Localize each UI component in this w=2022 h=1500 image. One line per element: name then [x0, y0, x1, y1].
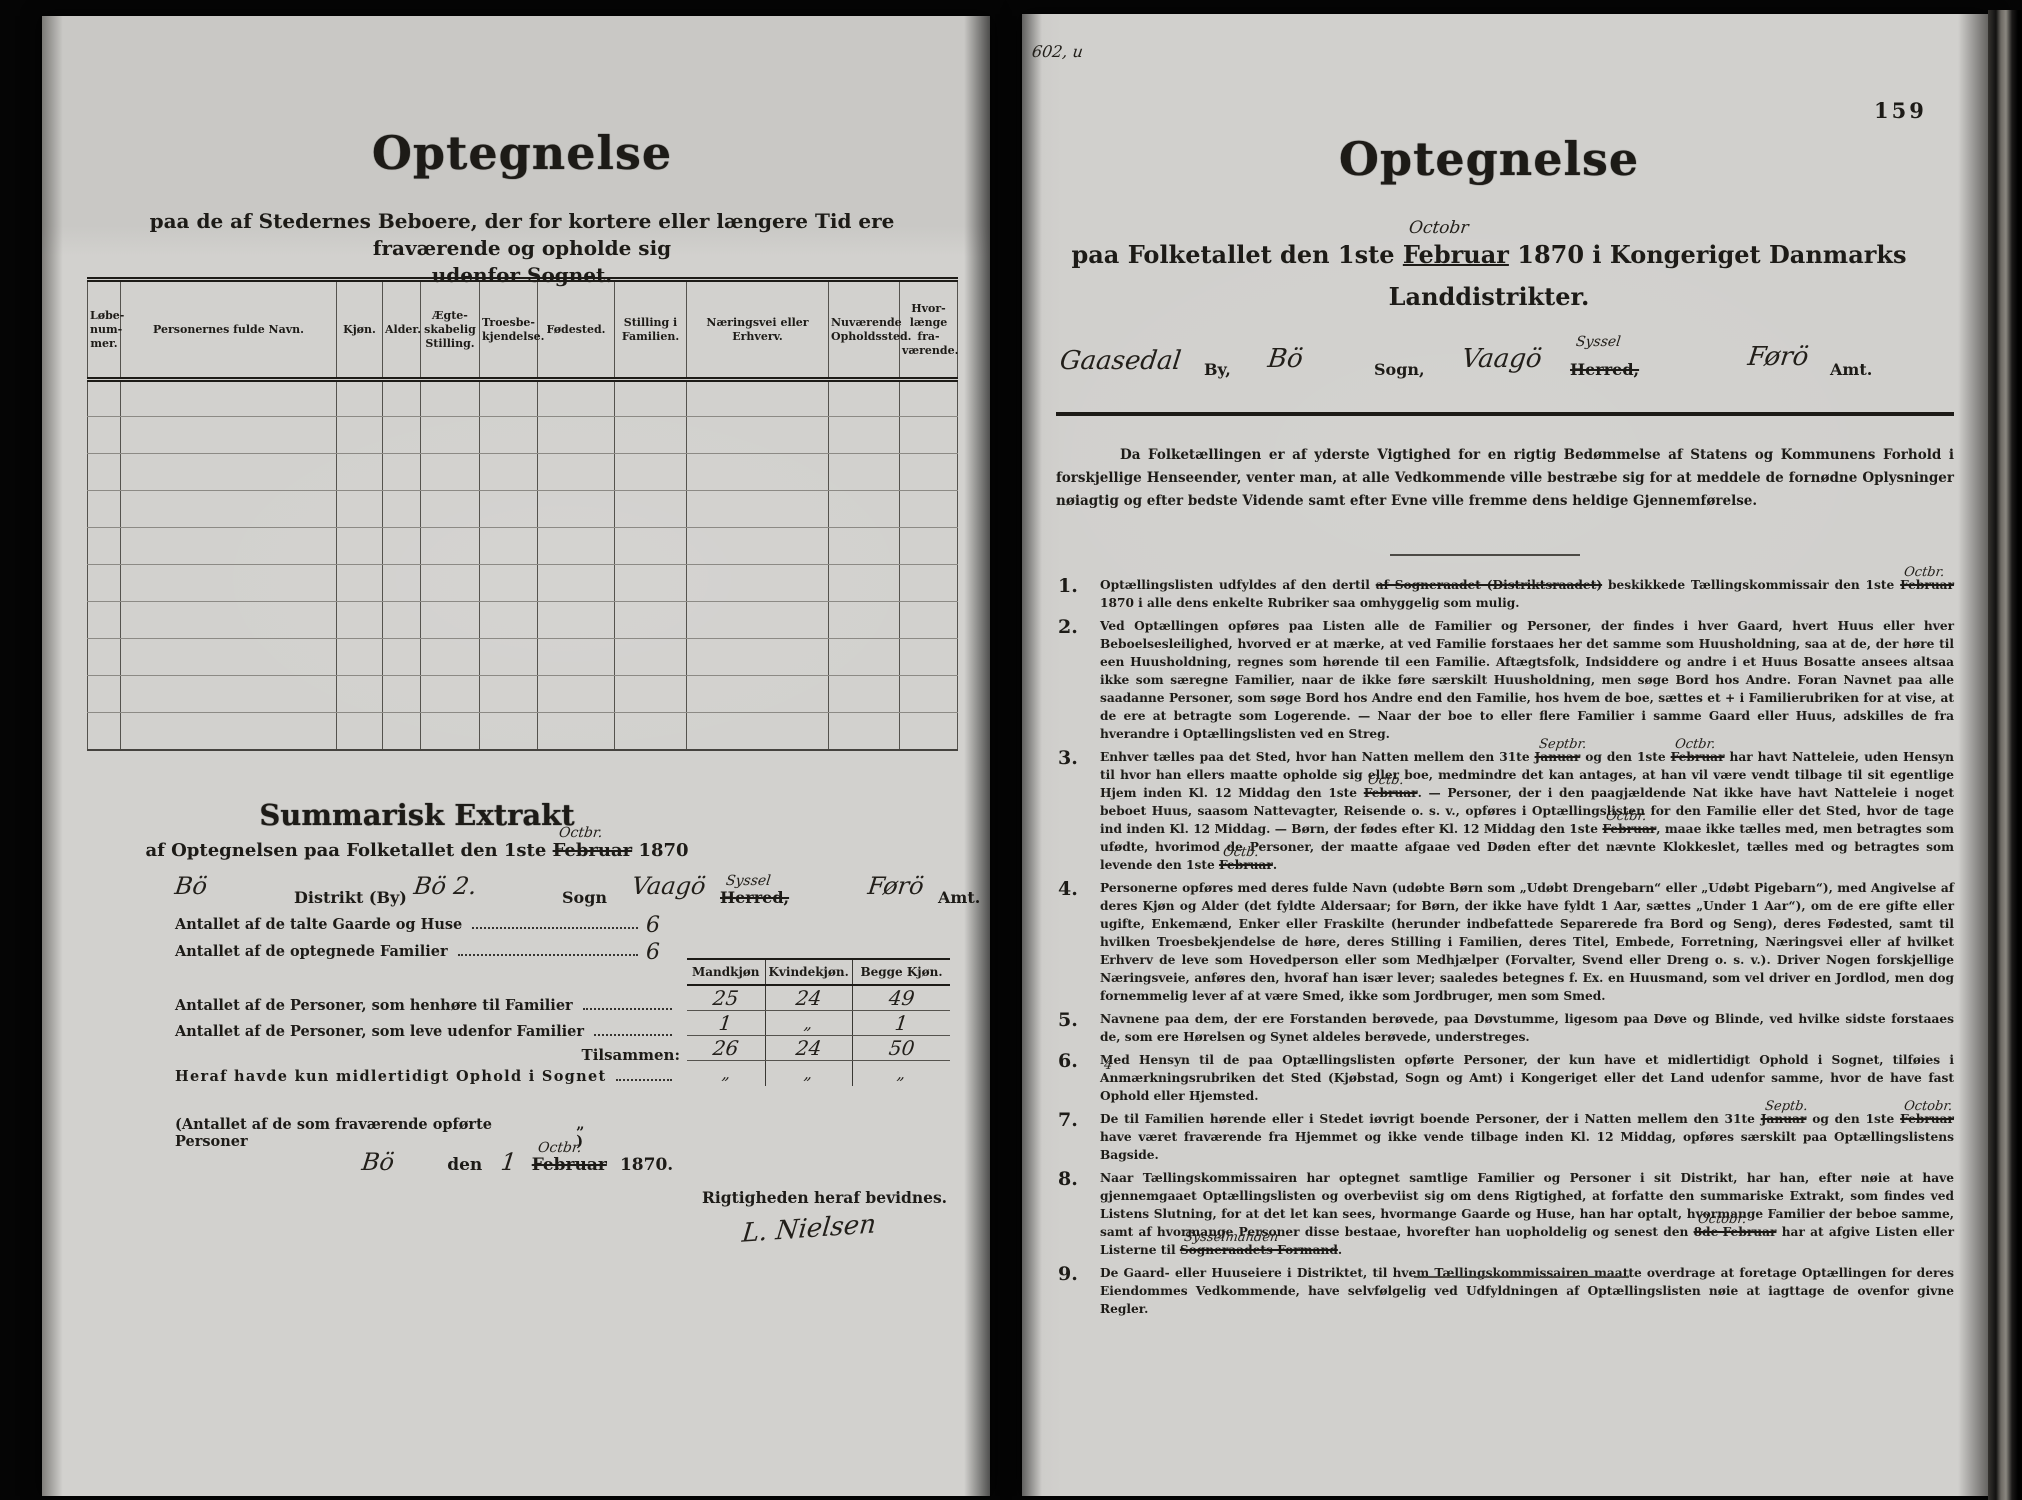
date-year: 1870.: [620, 1155, 673, 1175]
familier-value: 6: [646, 940, 660, 965]
empty-cell: [121, 417, 337, 454]
handwritten-correction: Octbr.: [1903, 564, 1946, 582]
empty-cell: [121, 528, 337, 565]
handwritten-sogn: Vaagö: [630, 872, 707, 900]
herred-correction: Herred,Syssel: [720, 888, 789, 907]
empty-cell: [421, 528, 480, 565]
empty-cell: [615, 417, 687, 454]
empty-cell: [337, 528, 383, 565]
empty-cell: [829, 713, 900, 750]
column-header: Stilling i Familien.: [615, 280, 687, 380]
corrected-text: Anmærkningsrubriken4: [1100, 1069, 1256, 1087]
empty-cell: [121, 454, 337, 491]
instruction-item: 3.Enhver tælles paa det Sted, hvor han N…: [1056, 748, 1954, 874]
mini-row-udenfor: 1 „ 1: [687, 1011, 950, 1036]
absence-table: Løbe-num-mer.Personernes fulde Navn.Kjøn…: [87, 277, 958, 751]
empty-cell: [337, 676, 383, 713]
empty-cell: [88, 454, 121, 491]
section-divider: [1390, 554, 1580, 556]
empty-cell: [615, 602, 687, 639]
empty-cell: [538, 528, 615, 565]
extract-sub-prefix: af Optegnelsen paa Folketallet den 1ste: [145, 840, 546, 861]
empty-cell: [383, 602, 421, 639]
empty-cell: [615, 565, 687, 602]
column-header: Fødested.: [538, 280, 615, 380]
empty-cell: [687, 417, 829, 454]
printed-text: Anmærkningsrubriken: [1100, 1071, 1256, 1085]
empty-cell: [538, 417, 615, 454]
handwritten-sogn: Bö: [1266, 344, 1304, 374]
empty-cell: [383, 528, 421, 565]
empty-cell: [421, 491, 480, 528]
empty-cell: [88, 639, 121, 676]
dotted-leader: [458, 954, 638, 956]
empty-cell: [480, 454, 538, 491]
instruction-item: 8.Naar Tællingskommissairen har optegnet…: [1056, 1169, 1954, 1259]
gaarde-row: Antallet af de talte Gaarde og Huse 6: [175, 908, 660, 933]
mini-row-henhore: 25 24 49: [687, 985, 950, 1011]
col-mandkjon: Mandkjøn: [687, 959, 765, 985]
value-udenfor-b: 1: [894, 1011, 910, 1035]
printed-text: De Gaard- eller Huuseiere i Distriktet, …: [1100, 1266, 1954, 1316]
handwritten-amt: Førö: [866, 872, 925, 900]
corrected-text: Sogneraadets FormandSysselmanden: [1180, 1241, 1338, 1259]
instructions-list: 1.Optællingslisten udfyldes af den derti…: [1056, 576, 1954, 1323]
amt-label: Amt.: [1830, 360, 1872, 379]
value-udenfor-m: 1: [718, 1011, 734, 1035]
empty-cell: [538, 491, 615, 528]
mini-row-midlertidigt: „ „ „: [687, 1061, 950, 1086]
printed-text: og den 1ste: [1580, 750, 1670, 764]
subtitle-month-correction: FebruarOctobr: [1403, 240, 1509, 269]
attestation-text: Rigtigheden heraf bevidnes.: [702, 1188, 947, 1207]
printed-text: .: [1273, 858, 1277, 872]
handwritten-syssel: Syssel: [1575, 334, 1622, 350]
value-heraf-k: „: [803, 1064, 814, 1083]
empty-cell: [383, 639, 421, 676]
empty-cell: [538, 380, 615, 417]
table-row: [88, 676, 958, 713]
empty-cell: [829, 454, 900, 491]
empty-cell: [829, 602, 900, 639]
value-heraf-m: „: [720, 1064, 731, 1083]
column-header: Ægte-skabelig Stilling.: [421, 280, 480, 380]
empty-cell: [615, 676, 687, 713]
empty-cell: [538, 639, 615, 676]
corrected-text: JanuarSeptbr.: [1535, 748, 1581, 766]
empty-cell: [88, 528, 121, 565]
empty-cell: [337, 380, 383, 417]
handwritten-syssel: Syssel: [725, 873, 772, 889]
value-udenfor-k: „: [803, 1014, 814, 1033]
handwritten-by: Gaasedal: [1058, 346, 1183, 376]
printed-text: Personerne opføres med deres fulde Navn …: [1100, 881, 1954, 1003]
empty-cell: [615, 713, 687, 750]
empty-cell: [88, 565, 121, 602]
distrikt-label: Distrikt (By): [294, 888, 407, 907]
month-correction: FebruarOctbr.: [553, 840, 633, 861]
empty-cell: [480, 602, 538, 639]
empty-cell: [121, 676, 337, 713]
printed-text: 1870 i alle dens enkelte Rubriker saa om…: [1100, 596, 1520, 610]
column-header: Troesbe-kjendelse.: [480, 280, 538, 380]
table-row: [88, 491, 958, 528]
empty-cell: [829, 491, 900, 528]
instruction-item: 2.Ved Optællingen opføres paa Listen all…: [1056, 617, 1954, 743]
extract-heading: Summarisk Extrakt: [87, 798, 747, 832]
value-tilsammen-m: 26: [712, 1036, 740, 1060]
handwritten-month-above: Octobr: [1408, 218, 1470, 238]
empty-cell: [480, 565, 538, 602]
table-row: [88, 417, 958, 454]
value-henhore-b: 49: [887, 986, 915, 1010]
signature: L. Nielsen: [741, 1209, 878, 1249]
instruction-item: 4.Personerne opføres med deres fulde Nav…: [1056, 879, 1954, 1005]
right-page-subtitle-line2: Landdistrikter.: [1022, 282, 1956, 311]
instruction-number: 3.: [1056, 748, 1100, 874]
paren-note-row: (Antallet af de som fraværende opførte P…: [175, 1116, 595, 1150]
empty-cell: [337, 454, 383, 491]
empty-cell: [900, 528, 958, 565]
extract-sub-year: 1870: [638, 840, 688, 861]
empty-cell: [687, 528, 829, 565]
instruction-number: 6.: [1056, 1051, 1100, 1105]
instruction-text: Navnene paa dem, der ere Forstanden berø…: [1100, 1010, 1954, 1046]
table-row: [88, 528, 958, 565]
table-row: [88, 713, 958, 750]
dotted-leader: [594, 1034, 672, 1036]
empty-cell: [615, 380, 687, 417]
empty-cell: [538, 454, 615, 491]
empty-cell: [900, 417, 958, 454]
value-tilsammen-b: 50: [887, 1036, 915, 1060]
empty-cell: [900, 380, 958, 417]
familier-row: Antallet af de optegnede Familier 6: [175, 935, 660, 960]
empty-cell: [480, 639, 538, 676]
col-kvindekjon: Kvindekjøn.: [765, 959, 852, 985]
printed-text: Ved Optællingen opføres paa Listen alle …: [1100, 619, 1954, 741]
empty-cell: [615, 454, 687, 491]
corrected-text: FebruarOctobr.: [1900, 1110, 1954, 1128]
printed-text: .: [1338, 1243, 1342, 1257]
instruction-number: 7.: [1056, 1110, 1100, 1164]
dotted-leader: [583, 1008, 672, 1010]
empty-cell: [421, 417, 480, 454]
empty-cell: [687, 491, 829, 528]
corrected-text: FebruarOctbr.: [1900, 576, 1954, 594]
empty-cell: [121, 491, 337, 528]
value-henhore-k: 24: [794, 986, 822, 1010]
empty-cell: [538, 602, 615, 639]
instruction-number: 1.: [1056, 576, 1100, 612]
handwritten-correction: Octbr.: [1605, 808, 1648, 826]
instruction-text: Med Hensyn til de paa Optællingslisten o…: [1100, 1051, 1954, 1105]
book-edge: [1988, 10, 2022, 1500]
col-beggekjon: Begge Kjøn.: [852, 959, 950, 985]
by-label: By,: [1204, 360, 1231, 379]
empty-cell: [687, 380, 829, 417]
empty-cell: [687, 454, 829, 491]
value-heraf-b: „: [896, 1064, 907, 1083]
empty-cell: [121, 639, 337, 676]
empty-cell: [421, 380, 480, 417]
instruction-number: 4.: [1056, 879, 1100, 1005]
empty-cell: [829, 676, 900, 713]
handwritten-distrikt: Bö 2.: [412, 872, 478, 900]
summary-mini-table: Mandkjøn Kvindekjøn. Begge Kjøn. 25 24 4…: [687, 958, 950, 1086]
empty-cell: [900, 713, 958, 750]
empty-cell: [480, 676, 538, 713]
midlertidigt-label: Heraf havde kun midlertidigt Ophold i So…: [175, 1068, 606, 1085]
empty-cell: [900, 676, 958, 713]
empty-cell: [900, 454, 958, 491]
empty-cell: [829, 380, 900, 417]
empty-cell: [615, 639, 687, 676]
value-tilsammen-k: 24: [794, 1036, 822, 1060]
instruction-number: 8.: [1056, 1169, 1100, 1259]
handwritten-correction: Octb.: [1367, 772, 1405, 790]
header-rule: [1056, 412, 1954, 416]
extract-subheading: af Optegnelsen paa Folketallet den 1ste …: [87, 840, 747, 861]
column-header: Personernes fulde Navn.: [121, 280, 337, 380]
empty-cell: [337, 602, 383, 639]
udenfor-label: Antallet af de Personer, som leve udenfo…: [175, 1023, 584, 1040]
instruction-text: Enhver tælles paa det Sted, hvor han Nat…: [1100, 748, 1954, 874]
table-row: [88, 639, 958, 676]
instruction-text: Naar Tællingskommissairen har optegnet s…: [1100, 1169, 1954, 1259]
column-header: Kjøn.: [337, 280, 383, 380]
empty-cell: [829, 528, 900, 565]
handwritten-month: Octbr.: [558, 825, 603, 841]
empty-cell: [900, 602, 958, 639]
instruction-number: 2.: [1056, 617, 1100, 743]
empty-cell: [829, 565, 900, 602]
handwritten-correction: Septbr.: [1537, 736, 1587, 754]
table-row: [88, 602, 958, 639]
sogn-label: Sogn: [562, 888, 607, 907]
empty-cell: [900, 565, 958, 602]
empty-cell: [88, 380, 121, 417]
empty-cell: [480, 491, 538, 528]
empty-cell: [687, 565, 829, 602]
column-header: Alder.: [383, 280, 421, 380]
printed-text: De til Familien hørende eller i Stedet i…: [1100, 1112, 1761, 1126]
printed-text: og den 1ste: [1806, 1112, 1900, 1126]
amt-label: Amt.: [938, 888, 980, 907]
empty-cell: [337, 417, 383, 454]
struck-date-month: Februar: [532, 1155, 607, 1175]
handwritten-corner-note: 602, u: [1031, 42, 1084, 61]
struck-herred-label: Herred,: [1570, 360, 1639, 379]
right-page-title: Optegnelse: [1022, 132, 1956, 186]
empty-cell: [88, 417, 121, 454]
henhore-label: Antallet af de Personer, som henhøre til…: [175, 997, 573, 1014]
empty-cell: [615, 491, 687, 528]
struck-herred-label: Herred,: [720, 888, 789, 907]
empty-cell: [421, 454, 480, 491]
empty-cell: [383, 713, 421, 750]
empty-cell: [383, 565, 421, 602]
empty-cell: [538, 565, 615, 602]
instruction-item: 7.De til Familien hørende eller i Stedet…: [1056, 1110, 1954, 1164]
marked-month: Februar: [1403, 240, 1509, 269]
paren-note-label: (Antallet af de som fraværende opførte P…: [175, 1116, 540, 1150]
instruction-item: 1.Optællingslisten udfyldes af den derti…: [1056, 576, 1954, 612]
page-number: 159: [1874, 98, 1927, 123]
corrected-text: FebruarOctbr.: [1671, 748, 1725, 766]
printed-text: Navnene paa dem, der ere Forstanden berø…: [1100, 1012, 1954, 1044]
dotted-leader: [616, 1079, 672, 1081]
handwritten-correction: Octobr.: [1696, 1211, 1746, 1229]
empty-cell: [88, 676, 121, 713]
corrected-text: 8de FebruarOctobr.: [1694, 1223, 1777, 1241]
handwritten-date-place: Bö: [360, 1148, 396, 1176]
left-page-title: Optegnelse: [87, 126, 957, 180]
subtitle-line1: paa de af Stedernes Beboere, der for kor…: [87, 208, 957, 262]
herred-correction: Herred,Syssel: [1570, 360, 1639, 379]
empty-cell: [829, 417, 900, 454]
empty-cell: [88, 713, 121, 750]
right-page-subtitle: paa Folketallet den 1ste FebruarOctobr 1…: [1022, 240, 1956, 269]
corrected-text: FebruarOctb.: [1219, 856, 1273, 874]
table-row: [88, 565, 958, 602]
empty-cell: [900, 639, 958, 676]
empty-cell: [121, 565, 337, 602]
empty-cell: [383, 491, 421, 528]
handwritten-place: Bö: [173, 872, 209, 900]
instruction-text: Personerne opføres med deres fulde Navn …: [1100, 879, 1954, 1005]
table-row: [88, 454, 958, 491]
handwritten-correction: Sysselmanden: [1183, 1229, 1280, 1247]
struck-text: af Sogneraadet (Distriktsraadet): [1376, 578, 1602, 592]
column-header: Løbe-num-mer.: [88, 280, 121, 380]
mini-row-tilsammen: 26 24 50: [687, 1036, 950, 1061]
handwritten-amt: Førö: [1746, 342, 1810, 372]
bottom-divider: [1414, 1276, 1629, 1278]
printed-text: beskikkede Tællingskommissair den 1ste: [1602, 578, 1900, 592]
corrected-text: FebruarOctb.: [1364, 784, 1418, 802]
struck-month: Februar: [553, 840, 633, 861]
printed-text: Med Hensyn til de paa Optællingslisten o…: [1100, 1053, 1954, 1067]
empty-cell: [421, 602, 480, 639]
handwritten-day: 1: [500, 1148, 519, 1176]
empty-cell: [615, 528, 687, 565]
handwritten-correction: Octb.: [1222, 844, 1260, 862]
tilsammen-label: Tilsammen:: [552, 1046, 680, 1064]
empty-cell: [337, 713, 383, 750]
instruction-item: 9.De Gaard- eller Huuseiere i Distriktet…: [1056, 1264, 1954, 1318]
subtitle-suffix: 1870 i Kongeriget Danmarks: [1517, 240, 1906, 269]
corrected-text: JanuarSeptb.: [1761, 1110, 1807, 1128]
empty-cell: [829, 639, 900, 676]
printed-text: have været fraværende fra Hjemmet og ikk…: [1100, 1130, 1954, 1162]
instruction-text: Optællingslisten udfyldes af den dertil …: [1100, 576, 1954, 612]
handwritten-correction: Septb.: [1764, 1098, 1809, 1116]
henhore-row: Antallet af de Personer, som henhøre til…: [175, 997, 680, 1014]
empty-cell: [687, 676, 829, 713]
dotted-leader: [472, 927, 638, 929]
instruction-text: De til Familien hørende eller i Stedet i…: [1100, 1110, 1954, 1164]
value-henhore-m: 25: [712, 986, 740, 1010]
empty-cell: [687, 713, 829, 750]
familier-label: Antallet af de optegnede Familier: [175, 943, 448, 960]
sogn-label: Sogn,: [1374, 360, 1425, 379]
midlertidigt-row: Heraf havde kun midlertidigt Ophold i So…: [175, 1068, 680, 1085]
date-month-correction: FebruarOctbr.: [532, 1155, 607, 1175]
empty-cell: [383, 380, 421, 417]
empty-cell: [337, 639, 383, 676]
instruction-item: 6.Med Hensyn til de paa Optællingslisten…: [1056, 1051, 1954, 1105]
column-header: Nuværende Opholdssted.: [829, 280, 900, 380]
book-scan: Optegnelse paa de af Stedernes Beboere, …: [0, 0, 2022, 1500]
empty-cell: [383, 676, 421, 713]
empty-cell: [480, 417, 538, 454]
empty-cell: [480, 380, 538, 417]
empty-cell: [687, 639, 829, 676]
column-header: Næringsvei eller Erhverv.: [687, 280, 829, 380]
handwritten-date-month: Octbr.: [537, 1140, 582, 1156]
empty-cell: [88, 602, 121, 639]
udenfor-row: Antallet af de Personer, som leve udenfo…: [175, 1023, 680, 1040]
right-page: 602, u 159 Optegnelse paa Folketallet de…: [1022, 14, 1988, 1496]
empty-cell: [121, 602, 337, 639]
empty-cell: [88, 491, 121, 528]
table-row: [88, 380, 958, 417]
empty-cell: [421, 713, 480, 750]
empty-cell: [121, 713, 337, 750]
printed-text: Optællingslisten udfyldes af den dertil: [1100, 578, 1376, 592]
handwritten-correction: Octobr.: [1903, 1098, 1953, 1116]
empty-cell: [121, 380, 337, 417]
empty-cell: [480, 713, 538, 750]
empty-cell: [421, 565, 480, 602]
left-page: Optegnelse paa de af Stedernes Beboere, …: [42, 16, 990, 1496]
empty-cell: [337, 565, 383, 602]
intro-paragraph: Da Folketællingen er af yderste Vigtighe…: [1056, 444, 1954, 513]
empty-cell: [421, 676, 480, 713]
instruction-text: Ved Optællingen opføres paa Listen alle …: [1100, 617, 1954, 743]
empty-cell: [337, 491, 383, 528]
empty-cell: [383, 417, 421, 454]
empty-cell: [538, 713, 615, 750]
gaarde-label: Antallet af de talte Gaarde og Huse: [175, 916, 462, 933]
empty-cell: [383, 454, 421, 491]
empty-cell: [538, 676, 615, 713]
empty-cell: [480, 528, 538, 565]
instruction-text: De Gaard- eller Huuseiere i Distriktet, …: [1100, 1264, 1954, 1318]
corrected-text: FebruarOctbr.: [1602, 820, 1656, 838]
date-den-label: den: [447, 1155, 482, 1175]
subtitle-prefix: paa Folketallet den 1ste: [1071, 240, 1394, 269]
handwritten-correction: Octbr.: [1674, 736, 1717, 754]
instruction-number: 5.: [1056, 1010, 1100, 1046]
empty-cell: [687, 602, 829, 639]
empty-cell: [900, 491, 958, 528]
instruction-item: 5.Navnene paa dem, der ere Forstanden be…: [1056, 1010, 1954, 1046]
date-line: Bö den 1 FebruarOctbr. 1870.: [362, 1148, 673, 1176]
instruction-number: 9.: [1056, 1264, 1100, 1318]
handwritten-herred: Vaagö: [1460, 344, 1543, 374]
empty-cell: [421, 639, 480, 676]
printed-text: Enhver tælles paa det Sted, hvor han Nat…: [1100, 750, 1535, 764]
